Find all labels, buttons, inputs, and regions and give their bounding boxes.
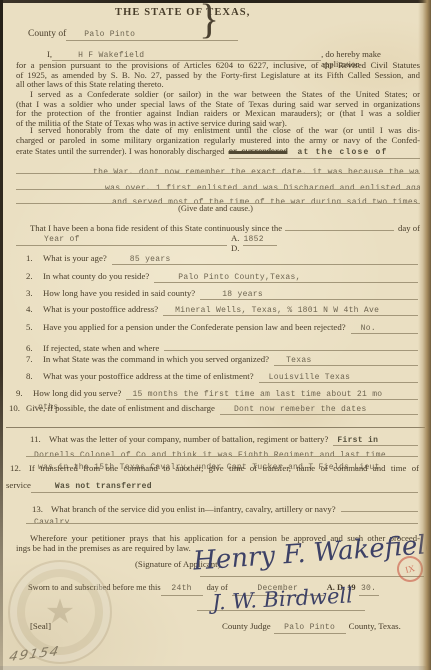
question-label: Give, if possible, the date of enlistmen… bbox=[26, 403, 220, 413]
scan-edge-top bbox=[0, 0, 431, 3]
question-label: In what county do you reside? bbox=[43, 271, 154, 281]
question-row: 4. What is your postoffice address? Mine… bbox=[26, 304, 418, 316]
question-number: 6. bbox=[26, 343, 43, 353]
question-label: What was your postoffice address at the … bbox=[43, 371, 259, 381]
county-value: Palo Pinto bbox=[84, 30, 135, 39]
section-divider bbox=[6, 427, 425, 428]
residency-text: That I have been a bona fide resident of… bbox=[16, 223, 285, 233]
residency-field: Year of bbox=[16, 233, 227, 246]
question-label: In what State was the command in which y… bbox=[43, 354, 274, 364]
residency-day-of: day of bbox=[394, 223, 420, 233]
typed-answer-line: was over, 1 first enlisted and was Disch… bbox=[16, 177, 420, 190]
question-answer: Cavalry bbox=[34, 518, 70, 524]
signature-rule bbox=[200, 576, 424, 577]
question-number: 5. bbox=[26, 322, 43, 332]
answer-line: Cavalry bbox=[26, 511, 418, 524]
scan-edge-right bbox=[418, 0, 431, 670]
sworn-day: 24th bbox=[171, 584, 191, 593]
question-label: service bbox=[6, 480, 31, 490]
judge-title: County Judge bbox=[222, 621, 271, 631]
county-field: Palo Pinto bbox=[66, 29, 238, 41]
question-answer: 15 months the first time am last time ab… bbox=[132, 390, 382, 399]
judge-row: County Judge Palo Pinto County, Texas. bbox=[222, 621, 417, 634]
typed-answer-line: the War, dont now remember the exact dat… bbox=[16, 161, 420, 174]
discharge-line3-print: erate States until the surrender). I was… bbox=[16, 146, 229, 156]
question-row: 10. Give, if possible, the date of enlis… bbox=[9, 403, 418, 415]
judge-county-field: Palo Pinto bbox=[274, 621, 346, 634]
applicant-name: H F Wakefield bbox=[78, 51, 144, 60]
discharge-answer-line: or surrendered at the close of bbox=[229, 146, 420, 159]
question-label: What was the letter of your company, num… bbox=[49, 434, 333, 444]
scan-edge-bottom bbox=[0, 666, 431, 670]
question-row: 12. If transferred from one command to a… bbox=[10, 463, 419, 474]
red-stamp-text: IX bbox=[404, 563, 416, 575]
question-number: 8. bbox=[26, 371, 43, 381]
scan-edge-left bbox=[0, 0, 3, 670]
judge-suffix: County, Texas. bbox=[349, 621, 401, 631]
question-answer: Texas bbox=[286, 356, 312, 365]
answer-line: 15 months the first time am last time ab… bbox=[126, 388, 418, 400]
ad-label: A. D. bbox=[227, 233, 243, 253]
answer-line: Texas bbox=[274, 354, 418, 366]
answer-line: Was not transferred bbox=[31, 480, 418, 493]
question-answer: Palo Pinto County,Texas, bbox=[178, 273, 300, 282]
question-answer: Louisville Texas bbox=[269, 373, 351, 382]
service-paragraph: I served as a Confederate soldier (or sa… bbox=[16, 90, 420, 128]
discharge-paragraph: I served honorably from the date of my e… bbox=[16, 126, 420, 145]
question-number: 9. bbox=[16, 388, 33, 398]
county-label: County of bbox=[28, 29, 66, 39]
sworn-day-field: 24th bbox=[161, 583, 203, 596]
question-label: What is your postoffice address? bbox=[43, 304, 163, 314]
rule-fill bbox=[285, 219, 394, 231]
judge-county: Palo Pinto bbox=[284, 623, 335, 632]
pension-application-document: THE STATE OF TEXAS, } County of Palo Pin… bbox=[0, 0, 431, 670]
question-number: 12. bbox=[10, 463, 29, 473]
answer-line bbox=[164, 339, 418, 351]
question-answer: 85 years bbox=[130, 255, 171, 264]
answer-line: Dont now remeber the dates bbox=[220, 403, 418, 415]
state-title: THE STATE OF TEXAS, bbox=[115, 7, 250, 18]
discharge-line: charged or paroled in some military orga… bbox=[16, 136, 420, 146]
answer-line: Palo Pinto County,Texas, bbox=[154, 271, 418, 283]
question-answer: No. bbox=[361, 324, 376, 333]
question-answer: Mineral Wells, Texas, % 1801 N W 4th Ave bbox=[175, 306, 379, 315]
residency-line1: That I have been a bona fide resident of… bbox=[16, 219, 420, 231]
question-row: service Was not transferred bbox=[6, 480, 418, 493]
question-answer: 18 years bbox=[222, 290, 263, 299]
question-row: 3. How long have you resided in said cou… bbox=[26, 288, 418, 300]
residency-year: 1852 bbox=[243, 235, 263, 244]
question-answer: Dont now remeber the dates bbox=[234, 405, 367, 414]
year-field: 1852 bbox=[243, 233, 277, 246]
question-number: 11. bbox=[30, 434, 49, 444]
answer-line: 85 years bbox=[112, 253, 418, 265]
question-row: 5. Have you applied for a pension under … bbox=[26, 322, 418, 334]
sworn-year: 30. bbox=[361, 584, 376, 593]
answer-line: Mineral Wells, Texas, % 1801 N W 4th Ave bbox=[163, 304, 418, 316]
question-number: 7. bbox=[26, 354, 43, 364]
question-label: If rejected, state when and where bbox=[43, 343, 164, 353]
sworn-year-field: 30. bbox=[359, 583, 379, 596]
question-number: 10. bbox=[9, 403, 26, 413]
typed-close-of-war: at the close of bbox=[290, 148, 388, 157]
typed-answer: the War, dont now remember the exact dat… bbox=[93, 168, 420, 174]
residency-line2: Year of A. D. 1852 bbox=[16, 233, 266, 246]
typed-answer: was over, 1 first enlisted and was Disch… bbox=[105, 184, 420, 190]
question-label: What is your age? bbox=[43, 253, 112, 263]
question-number: 3. bbox=[26, 288, 43, 298]
answer-line: 18 years bbox=[200, 288, 418, 300]
typed-answer-line: and served most of the time of the war d… bbox=[16, 191, 420, 204]
question-answer: Was not transferred bbox=[55, 482, 152, 491]
answer-line: No. bbox=[351, 322, 418, 334]
question-row: 1. What is your age? 85 years bbox=[26, 253, 418, 265]
question-label: If transferred from one command to anoth… bbox=[29, 464, 419, 474]
question-number: 1. bbox=[26, 253, 43, 263]
question-row: 6. If rejected, state when and where bbox=[26, 339, 418, 351]
question-number: 4. bbox=[26, 304, 43, 314]
question-row: 8. What was your postoffice address at t… bbox=[26, 371, 418, 383]
give-date-caption: (Give date and cause.) bbox=[0, 204, 431, 213]
question-label: How long have you resided in said county… bbox=[43, 288, 200, 298]
residency-value: Year of bbox=[44, 235, 80, 244]
question-row: 2. In what county do you reside? Palo Pi… bbox=[26, 271, 418, 283]
discharge-fill-line: erate States until the surrender). I was… bbox=[16, 146, 420, 159]
question-row: 7. In what State was the command in whic… bbox=[26, 354, 418, 366]
struck-text: or surrendered bbox=[229, 148, 288, 157]
intro-paragraph: I, H F Wakefield , do hereby make applic… bbox=[16, 49, 420, 90]
question-label: Have you applied for a pension under the… bbox=[43, 322, 351, 332]
question-number: 2. bbox=[26, 271, 43, 281]
question-row: 9. How long did you serve? 15 months the… bbox=[16, 388, 418, 400]
county-row: County of Palo Pinto bbox=[28, 29, 238, 41]
answer-line: Louisville Texas bbox=[259, 371, 418, 383]
